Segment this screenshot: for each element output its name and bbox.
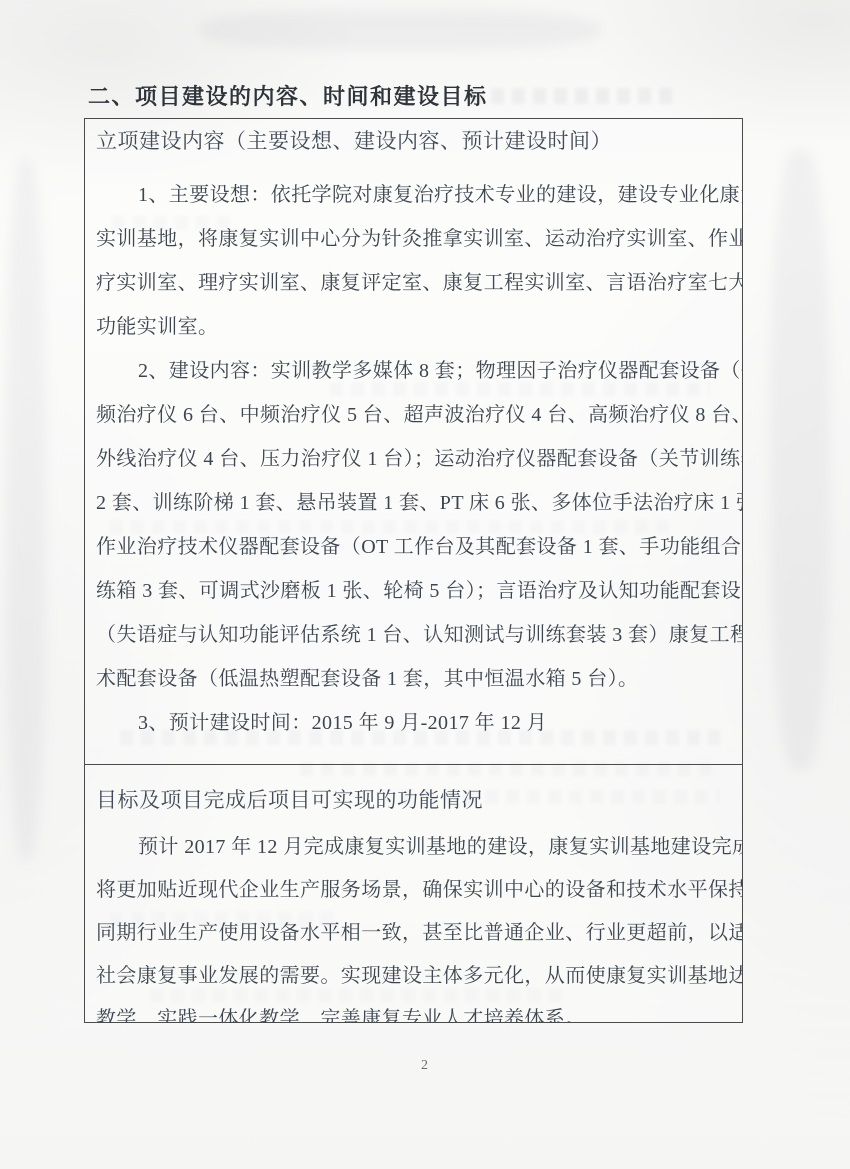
scan-smudge bbox=[200, 10, 600, 50]
paragraph-construction-items: 2、建设内容：实训教学多媒体 8 套；物理因子治疗仪器配套设备（低 频治疗仪 6… bbox=[96, 349, 734, 701]
text-line: 频治疗仪 6 台、中频治疗仪 5 台、超声波治疗仪 4 台、高频治疗仪 8 台、… bbox=[96, 393, 734, 437]
text-line: 将更加贴近现代企业生产服务场景，确保实训中心的设备和技术水平保持与 bbox=[96, 869, 734, 912]
text-line: 3、预计建设时间：2015 年 9 月-2017 年 12 月 bbox=[96, 701, 734, 745]
paragraph-schedule: 3、预计建设时间：2015 年 9 月-2017 年 12 月 bbox=[96, 701, 734, 745]
scan-artifact bbox=[470, 88, 675, 104]
text-line: （失语症与认知功能评估系统 1 台、认知测试与训练套装 3 套）康复工程技 bbox=[96, 613, 734, 657]
scan-smudge bbox=[770, 150, 830, 770]
text-line: 1、主要设想：依托学院对康复治疗技术专业的建设，建设专业化康复 bbox=[96, 173, 734, 217]
text-line: 外线治疗仪 4 台、压力治疗仪 1 台）；运动治疗仪器配套设备（关节训练器 bbox=[96, 437, 734, 481]
text-line: 练箱 3 套、可调式沙磨板 1 张、轮椅 5 台）；言语治疗及认知功能配套设备 bbox=[96, 569, 734, 613]
paragraph-main-idea: 1、主要设想：依托学院对康复治疗技术专业的建设，建设专业化康复 实训基地，将康复… bbox=[96, 173, 734, 349]
text-line: 疗实训室、理疗实训室、康复评定室、康复工程实训室、言语治疗室七大块 bbox=[96, 261, 734, 305]
text-line: 社会康复事业发展的需要。实现建设主体多元化，从而使康复实训基地达到 bbox=[96, 955, 734, 998]
paragraph-goals: 预计 2017 年 12 月完成康复实训基地的建设，康复实训基地建设完成后 将更… bbox=[96, 826, 734, 1022]
text-line: 作业治疗技术仪器配套设备（OT 工作台及其配套设备 1 套、手功能组合训 bbox=[96, 525, 734, 569]
text-line: 实训基地，将康复实训中心分为针灸推拿实训室、运动治疗实训室、作业治 bbox=[96, 217, 734, 261]
text-line: 术配套设备（低温热塑配套设备 1 套，其中恒温水箱 5 台）。 bbox=[96, 657, 734, 701]
page-number: 2 bbox=[0, 1058, 850, 1074]
project-form-table: 立项建设内容（主要设想、建设内容、预计建设时间） 1、主要设想：依托学院对康复治… bbox=[84, 118, 743, 1023]
scan-smudge bbox=[6, 160, 46, 860]
cell-header-goals: 目标及项目完成后项目可实现的功能情况 bbox=[96, 779, 734, 822]
form-cell-goals: 目标及项目完成后项目可实现的功能情况 预计 2017 年 12 月完成康复实训基… bbox=[85, 764, 742, 1022]
text-line: 2、建设内容：实训教学多媒体 8 套；物理因子治疗仪器配套设备（低 bbox=[96, 349, 734, 393]
text-line: 同期行业生产使用设备水平相一致，甚至比普通企业、行业更超前，以适应 bbox=[96, 912, 734, 955]
text-line: 功能实训室。 bbox=[96, 305, 734, 349]
page-title: 二、项目建设的内容、时间和建设目标 bbox=[88, 80, 488, 111]
text-line: 预计 2017 年 12 月完成康复实训基地的建设，康复实训基地建设完成后 bbox=[96, 826, 734, 869]
text-line: 教学、实践一体化教学，完善康复专业人才培养体系。 bbox=[96, 998, 734, 1022]
cell-header-construction-content: 立项建设内容（主要设想、建设内容、预计建设时间） bbox=[96, 119, 734, 163]
form-cell-construction-content: 立项建设内容（主要设想、建设内容、预计建设时间） 1、主要设想：依托学院对康复治… bbox=[85, 119, 742, 764]
scanned-document-page: { "page": { "title": "二、项目建设的内容、时间和建设目标"… bbox=[0, 0, 850, 1169]
text-line: 2 套、训练阶梯 1 套、悬吊装置 1 套、PT 床 6 张、多体位手法治疗床 … bbox=[96, 481, 734, 525]
